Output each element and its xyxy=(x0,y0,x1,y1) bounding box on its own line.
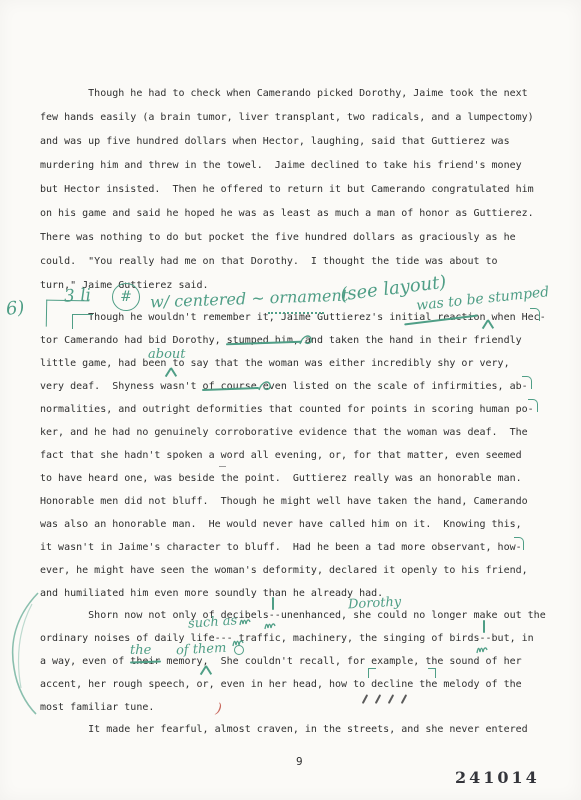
typed-paragraph-3: Shorn now not only of decibels--unenhanc… xyxy=(40,604,546,719)
em-dash-m-squiggle xyxy=(264,622,276,630)
typed-paragraph-2: Though he wouldn't remember it, Jaime Gu… xyxy=(40,306,546,605)
pencil-dash-mark xyxy=(219,466,226,467)
margin-brace xyxy=(2,590,44,718)
dotted-underline-mark xyxy=(268,312,324,314)
insertion-dorothy: Dorothy xyxy=(348,595,402,613)
layout-note-li: 3 li xyxy=(63,285,91,306)
insertion-caret xyxy=(165,368,175,378)
proofread-hook-mark xyxy=(522,376,532,389)
page-number: 9 xyxy=(296,755,303,768)
manuscript-page: Though he had to check when Camerando pi… xyxy=(0,0,581,800)
em-dash-m-squiggle xyxy=(476,646,488,654)
move-bracket-mark xyxy=(428,668,436,678)
insertion-of-them: of them xyxy=(176,641,227,659)
em-dash-mark xyxy=(272,597,274,610)
move-bracket-mark xyxy=(368,668,376,678)
stamp-number: 241014 xyxy=(455,768,540,787)
proofread-hook-mark xyxy=(530,308,540,321)
em-dash-mark xyxy=(483,620,485,633)
insertion-caret xyxy=(482,320,492,330)
margin-number-note: 6) xyxy=(5,297,26,320)
proofread-hook-mark xyxy=(514,537,524,550)
insertion-squiggle xyxy=(239,618,251,626)
insertion-caret xyxy=(200,666,210,676)
circled-hash-mark: # xyxy=(112,283,140,311)
proofread-hook-mark xyxy=(528,399,538,412)
paragraph-indent-mark xyxy=(72,314,93,329)
delete-loop-mark xyxy=(259,379,272,392)
insertion-about: about xyxy=(148,347,186,362)
insertion-the: the xyxy=(130,643,151,658)
typed-paragraph-1: Though he had to check when Camerando pi… xyxy=(40,82,534,298)
delete-loop-mark xyxy=(300,333,313,346)
typed-paragraph-4: It made her fearful, almost craven, in t… xyxy=(40,718,528,741)
circled-period-mark xyxy=(234,645,244,655)
